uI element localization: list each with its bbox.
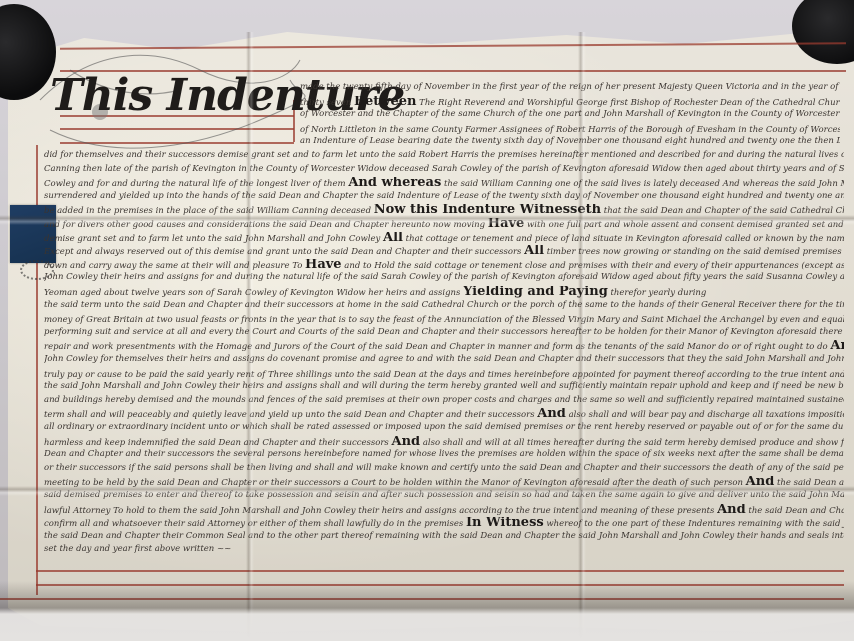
keyword: And [717, 504, 746, 517]
fold-horizontal [0, 215, 854, 225]
document-line: of North Littleton in the same County Fa… [300, 123, 840, 136]
document-line: the said John Marshall and John Cowley t… [44, 381, 844, 392]
document-line: made the twenty fifth day of November in… [300, 82, 840, 93]
keyword: And [537, 408, 566, 421]
document-line: Except and always reserved out of this d… [44, 245, 844, 258]
keyword: And [717, 504, 746, 517]
document-line: the said Dean and Chapter their Common S… [44, 531, 844, 542]
keyword: And [391, 436, 420, 449]
document-line: truly pay or cause to be paid the said y… [44, 368, 844, 381]
keyword: And [348, 177, 377, 190]
keyword: Between [354, 96, 416, 109]
document-line: of Worcester and the Chapter of the same… [300, 109, 840, 120]
fold-horizontal [0, 486, 854, 496]
document-line: Cowley and for and during the natural li… [44, 177, 844, 190]
document-line: thirty seven Between The Right Reverend … [300, 96, 840, 109]
keyword: Have [305, 259, 342, 272]
fold-vertical [578, 32, 586, 641]
keyword: And [830, 340, 844, 353]
document-line: term shall and will peaceably and quietl… [44, 408, 844, 421]
bottom-shadow [0, 581, 854, 641]
keyword: And [830, 340, 844, 353]
keyword: All [383, 232, 403, 245]
keyword: And [348, 177, 377, 190]
keyword: And whereas [348, 177, 441, 190]
document-line: an Indenture of Lease bearing date the t… [300, 136, 840, 147]
document-line: Canning then late of the parish of Kevin… [44, 164, 844, 175]
closing-rule-1 [36, 570, 844, 572]
document-line: John Cowley their heirs and assigns for … [44, 272, 844, 283]
document-line: demise grant set and to farm let unto th… [44, 232, 844, 245]
document-line: money of Great Britain at two usual feas… [44, 313, 844, 326]
keyword: And [348, 177, 377, 190]
keyword: In Witness [466, 517, 544, 530]
fold-vertical [246, 32, 254, 641]
keyword: And [830, 340, 844, 353]
document-line: set the day and year first above written… [44, 544, 844, 555]
document-line: down and carry away the same at their wi… [44, 259, 844, 272]
document-line: lawful Attorney To hold to them the said… [44, 504, 844, 517]
document-line: confirm all and whatsoever their said At… [44, 517, 844, 530]
keyword: And [537, 408, 566, 421]
document-line: or their successors if the said persons … [44, 463, 844, 474]
document-line: repair and work presentments with the Ho… [44, 340, 844, 353]
document-line: and buildings hereby demised and the mou… [44, 395, 844, 406]
keyword: And [391, 436, 420, 449]
keyword: Yielding and Paying [463, 286, 608, 299]
keyword: And whereas [348, 177, 441, 190]
keyword: And [537, 408, 566, 421]
keyword: And [391, 436, 420, 449]
document-line: John Cowley for themselves their heirs a… [44, 354, 844, 365]
document-line: all ordinary or extraordinary incident u… [44, 422, 844, 433]
document-line: Dean and Chapter and their successors th… [44, 449, 844, 460]
document-line: Yeoman aged about twelve years son of Sa… [44, 286, 844, 299]
document-line: the said term unto the said Dean and Cha… [44, 300, 844, 311]
document-line: surrendered and yielded up into the hand… [44, 191, 844, 202]
keyword: And [717, 504, 746, 517]
document-line: harmless and keep indemnified the said D… [44, 436, 844, 449]
keyword: All [524, 245, 544, 258]
document-line: did for themselves and their successors … [44, 150, 844, 161]
document-line: performing suit and service at all and e… [44, 327, 844, 338]
